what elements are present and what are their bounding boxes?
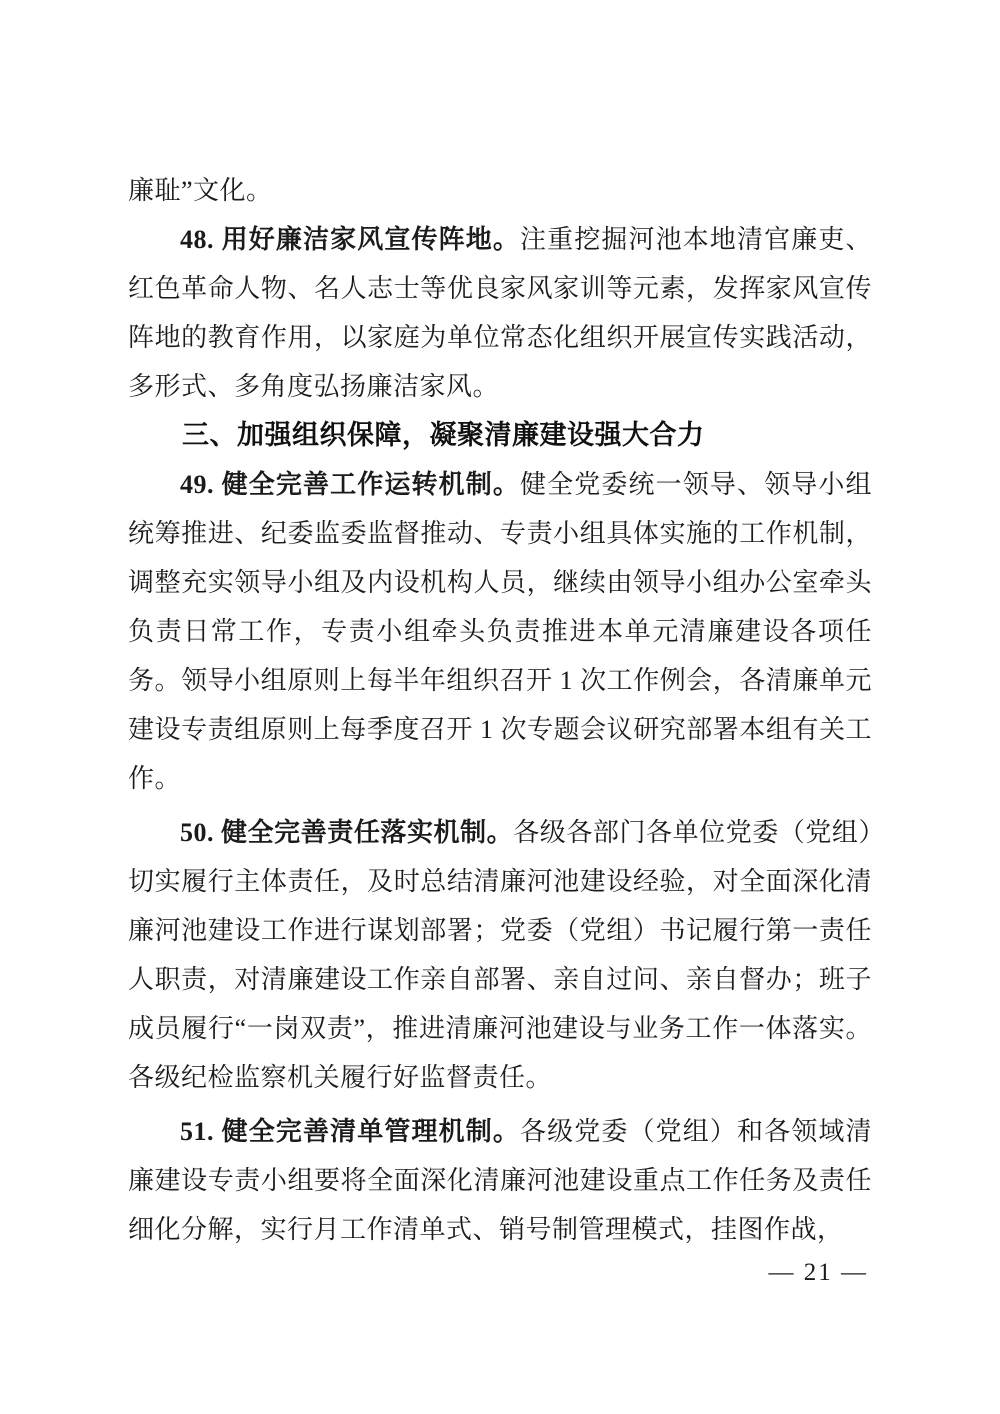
paragraph-51-lead: 51. 健全完善清单管理机制。 <box>180 1117 520 1146</box>
paragraph-50: 50. 健全完善责任落实机制。各级各部门各单位党委（党组）切实履行主体责任，及时… <box>128 808 872 1102</box>
paragraph-49-lead: 49. 健全完善工作运转机制。 <box>180 470 520 499</box>
paragraph-48: 48. 用好廉洁家风宣传阵地。注重挖掘河池本地清官廉吏、红色革命人物、名人志士等… <box>128 215 872 411</box>
paragraph-50-body: 各级各部门各单位党委（党组）切实履行主体责任，及时总结清廉河池建设经验，对全面深… <box>128 818 872 1092</box>
paragraph-48-lead: 48. 用好廉洁家风宣传阵地。 <box>180 225 520 254</box>
document-page: 廉耻”文化。 48. 用好廉洁家风宣传阵地。注重挖掘河池本地清官廉吏、红色革命人… <box>0 0 1000 1414</box>
page-number: — 21 — <box>769 1256 869 1290</box>
paragraph-49: 49. 健全完善工作运转机制。健全党委统一领导、领导小组统筹推进、纪委监委监督推… <box>128 460 872 803</box>
section-heading-3: 三、加强组织保障，凝聚清廉建设强大合力 <box>128 411 872 460</box>
paragraph-50-lead: 50. 健全完善责任落实机制。 <box>180 818 513 847</box>
paragraph-51: 51. 健全完善清单管理机制。各级党委（党组）和各领域清廉建设专责小组要将全面深… <box>128 1107 872 1254</box>
paragraph-49-body: 健全党委统一领导、领导小组统筹推进、纪委监委监督推动、专责小组具体实施的工作机制… <box>128 470 872 793</box>
paragraph-continuation: 廉耻”文化。 <box>128 166 872 215</box>
